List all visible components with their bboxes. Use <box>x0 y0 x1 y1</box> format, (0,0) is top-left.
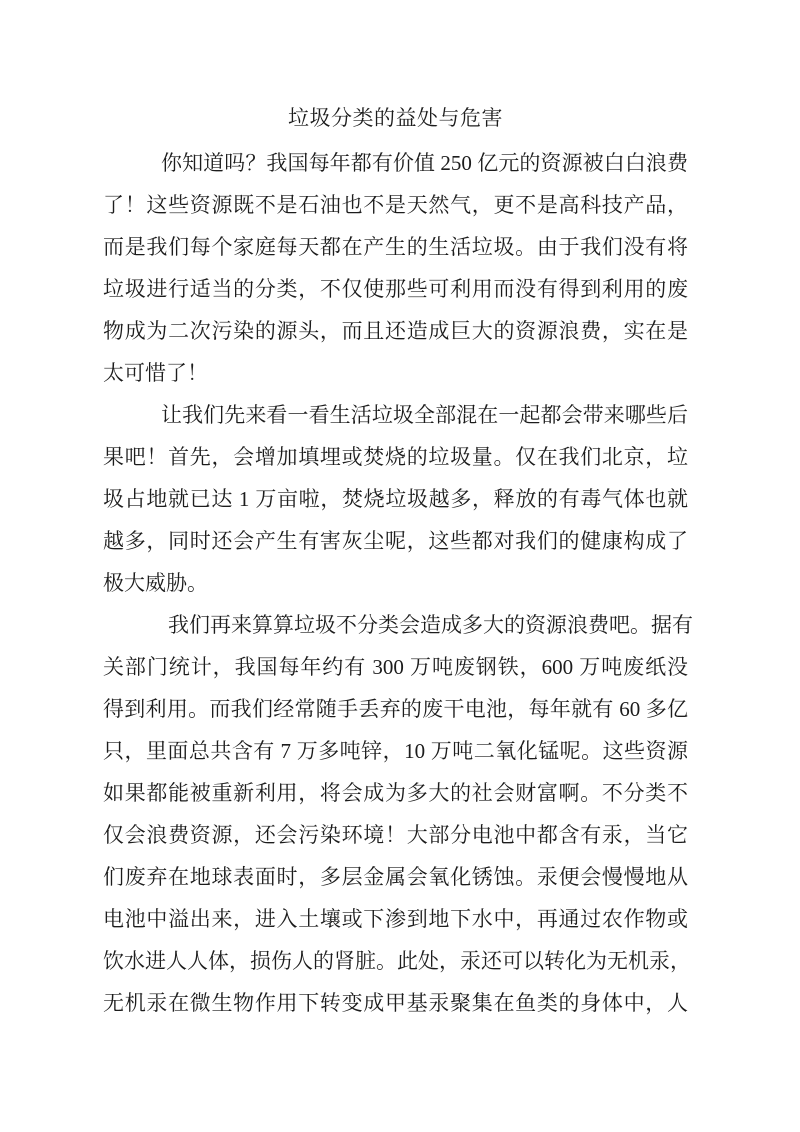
text-line: 而是我们每个家庭每天都在产生的生活垃圾。由于我们没有将 <box>103 226 688 268</box>
text-line: 圾占地就已达 1 万亩啦，焚烧垃圾越多，释放的有毒气体也就 <box>103 478 688 520</box>
text-line: 果吧！首先，会增加填埋或焚烧的垃圾量。仅在我们北京，垃 <box>103 436 688 478</box>
text-line: 垃圾进行适当的分类，不仅使那些可利用而没有得到利用的废 <box>103 268 688 310</box>
text-line: 得到利用。而我们经常随手丢弃的废干电池，每年就有 60 多亿 <box>103 688 688 730</box>
document-title: 垃圾分类的益处与危害 <box>103 97 688 139</box>
text-line: 了！这些资源既不是石油也不是天然气，更不是高科技产品， <box>103 184 688 226</box>
text-line: 极大威胁。 <box>103 562 688 604</box>
text-line: 我们再来算算垃圾不分类会造成多大的资源浪费吧。据有 <box>103 604 688 646</box>
text-line: 仅会浪费资源，还会污染环境！大部分电池中都含有汞，当它 <box>103 814 688 856</box>
document-page: 垃圾分类的益处与危害 你知道吗？我国每年都有价值 250 亿元的资源被白白浪费 … <box>0 0 800 1132</box>
text-line: 让我们先来看一看生活垃圾全部混在一起都会带来哪些后 <box>103 394 688 436</box>
text-line: 物成为二次污染的源头，而且还造成巨大的资源浪费，实在是 <box>103 310 688 352</box>
text-line: 太可惜了！ <box>103 352 688 394</box>
text-line: 越多，同时还会产生有害灰尘呢，这些都对我们的健康构成了 <box>103 520 688 562</box>
text-line: 关部门统计，我国每年约有 300 万吨废钢铁，600 万吨废纸没 <box>103 646 688 688</box>
text-line: 饮水进人人体，损伤人的肾脏。此处，汞还可以转化为无机汞， <box>103 940 688 982</box>
text-line: 无机汞在微生物作用下转变成甲基汞聚集在鱼类的身体中，人 <box>103 982 688 1024</box>
text-line: 电池中溢出来，进入土壤或下渗到地下水中，再通过农作物或 <box>103 898 688 940</box>
document-body: 你知道吗？我国每年都有价值 250 亿元的资源被白白浪费 了！这些资源既不是石油… <box>103 142 688 1024</box>
text-line: 如果都能被重新利用，将会成为多大的社会财富啊。不分类不 <box>103 772 688 814</box>
text-line: 们废弃在地球表面时，多层金属会氧化锈蚀。汞便会慢慢地从 <box>103 856 688 898</box>
text-line: 只，里面总共含有 7 万多吨锌，10 万吨二氧化锰呢。这些资源 <box>103 730 688 772</box>
text-line: 你知道吗？我国每年都有价值 250 亿元的资源被白白浪费 <box>103 142 688 184</box>
